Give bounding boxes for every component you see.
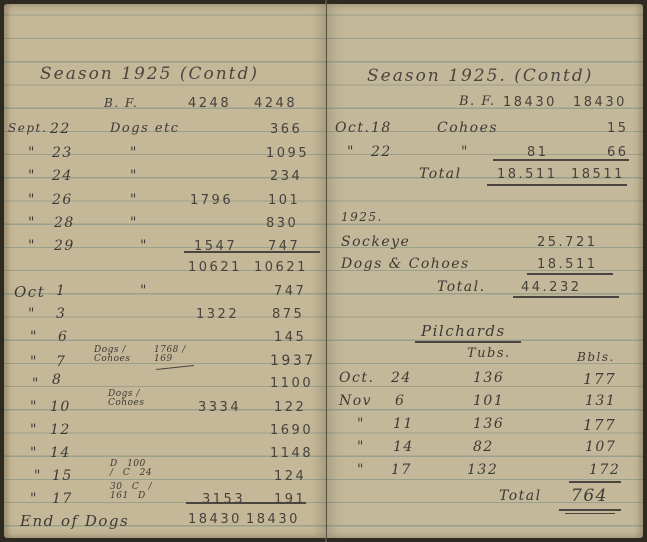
- row-col2: 145: [274, 330, 306, 345]
- row-desc: ": [130, 192, 138, 208]
- pilchards-total-label: Total: [499, 488, 542, 504]
- summary-rule: [527, 273, 613, 275]
- footer-col1: 18430: [188, 512, 242, 527]
- row-month: ": [357, 462, 365, 478]
- row-month: ": [32, 376, 40, 392]
- row-col2: 830: [266, 216, 298, 231]
- bf-col2: 4248: [254, 96, 297, 111]
- row-col2: 66: [607, 145, 629, 160]
- row-month: Oct.: [335, 120, 370, 136]
- row-day: 8: [52, 372, 62, 388]
- row-day: 17: [52, 491, 73, 507]
- summary-total-value: 44.232: [521, 280, 582, 295]
- total-rule: [493, 159, 629, 161]
- row-desc: ": [130, 215, 138, 231]
- total-col2: 18511: [571, 167, 625, 182]
- row-col2: 122: [274, 400, 306, 415]
- end-of-dogs-label: End of Dogs: [20, 512, 129, 530]
- row-col2: 124: [274, 469, 306, 484]
- row-day: 1: [56, 283, 66, 299]
- row-col2: 1690: [270, 423, 313, 438]
- row-month: ": [34, 468, 42, 484]
- row-col2: 747: [274, 284, 306, 299]
- row-day: 12: [50, 422, 71, 438]
- total-underline: [487, 184, 627, 186]
- row-month: ": [30, 491, 38, 507]
- pilchards-total-rule: [569, 481, 621, 483]
- row-desc: Dogs / Cohoes: [94, 346, 144, 364]
- subtotal-rule: [184, 251, 320, 253]
- row-desc: ": [130, 168, 138, 184]
- row-day: 24: [52, 168, 73, 184]
- summary-value-sockeye: 25.721: [537, 235, 598, 250]
- row-col1: 81: [527, 145, 549, 160]
- row-month: ": [357, 439, 365, 455]
- row-col2: 1148: [270, 446, 313, 461]
- subtotal-col2: 10621: [254, 260, 308, 275]
- summary-label-dogs-cohoes: Dogs & Cohoes: [341, 256, 470, 272]
- row-desc: Cohoes: [437, 120, 498, 136]
- row-col2: 191: [274, 492, 306, 507]
- row-day: 29: [54, 238, 75, 254]
- memo-rule: [156, 365, 194, 370]
- row-month: Oct.: [339, 370, 374, 386]
- row-month: ": [30, 422, 38, 438]
- row-tubs: 101: [473, 393, 504, 409]
- row-month: ": [28, 306, 36, 322]
- row-day: 10: [50, 399, 71, 415]
- subtotal-col1: 10621: [188, 260, 242, 275]
- row-month: ": [28, 238, 36, 254]
- bf-label: B. F.: [104, 96, 138, 110]
- pilchards-total-underline: [559, 509, 621, 511]
- row-day: 26: [52, 192, 73, 208]
- row-day: 15: [52, 468, 73, 484]
- row-bbls: 172: [589, 462, 620, 478]
- row-month: ": [28, 215, 36, 231]
- right-page: Season 1925. (Contd) B. F. 18430 18430 O…: [327, 4, 643, 538]
- row-col1: 3334: [198, 400, 241, 415]
- ledger-notebook: Season 1925 (Contd) B. F. 4248 4248 Sept…: [0, 0, 647, 542]
- footer-col2: 18430: [246, 512, 300, 527]
- left-page-title: Season 1925 (Contd): [40, 64, 259, 84]
- row-day: 23: [52, 145, 73, 161]
- row-col2: 1095: [266, 146, 309, 161]
- row-col2: 366: [270, 122, 302, 137]
- row-day: 18: [371, 120, 392, 136]
- row-month: ": [347, 144, 355, 160]
- summary-year: 1925.: [341, 210, 383, 224]
- row-month: ": [30, 354, 38, 370]
- row-bbls: 107: [585, 439, 616, 455]
- row-month: Oct: [14, 283, 45, 301]
- row-col2: 875: [272, 307, 304, 322]
- summary-total-label: Total.: [437, 279, 486, 295]
- row-month: ": [357, 416, 365, 432]
- summary-value-dogs-cohoes: 18.511: [537, 257, 598, 272]
- row-tubs: 136: [473, 370, 504, 386]
- row-month: ": [28, 168, 36, 184]
- summary-label-sockeye: Sockeye: [341, 234, 410, 250]
- row-bbls: 131: [585, 393, 616, 409]
- row-tubs: 132: [467, 462, 498, 478]
- row-day: 17: [391, 462, 412, 478]
- row-month: Sept.: [8, 121, 47, 135]
- row-desc: D 100 / C 24: [110, 460, 154, 478]
- row-col2: 1100: [270, 376, 313, 391]
- row-desc: ": [461, 144, 469, 160]
- row-tubs: 136: [473, 416, 504, 432]
- row-col1: 1796: [190, 193, 233, 208]
- total-col1: 18.511: [497, 167, 558, 182]
- row-month: ": [30, 445, 38, 461]
- row-day: 3: [56, 306, 66, 322]
- left-page: Season 1925 (Contd) B. F. 4248 4248 Sept…: [4, 4, 326, 538]
- row-col1: 1768 / 169: [154, 346, 188, 364]
- row-col2: 1937: [270, 353, 316, 369]
- pilchards-heading: Pilchards: [421, 322, 506, 340]
- row-col2: 234: [270, 169, 302, 184]
- row-month: ": [30, 329, 38, 345]
- row-day: 22: [50, 121, 71, 137]
- col-header-tubs: Tubs.: [467, 346, 511, 361]
- row-month: ": [30, 399, 38, 415]
- pilchards-total-double-underline: [565, 513, 615, 514]
- row-desc: Dogs etc: [110, 121, 180, 136]
- bf-col1: 18430: [503, 95, 557, 110]
- row-bbls: 177: [583, 370, 616, 388]
- pilchards-underline: [415, 341, 521, 343]
- row-month: ": [28, 145, 36, 161]
- row-day: 6: [395, 393, 405, 409]
- row-day: 14: [393, 439, 414, 455]
- row-col2: 101: [268, 193, 300, 208]
- right-page-title: Season 1925. (Contd): [367, 66, 593, 86]
- row-day: 11: [393, 416, 414, 432]
- pilchards-total-value: 764: [571, 486, 608, 506]
- row-bbls: 177: [583, 416, 616, 434]
- row-day: 24: [391, 370, 412, 386]
- row-day: 14: [50, 445, 71, 461]
- row-desc: Dogs / Cohoes: [108, 390, 158, 408]
- row-month: Nov: [339, 393, 372, 409]
- row-month: ": [28, 192, 36, 208]
- total-label: Total: [419, 166, 462, 182]
- row-desc: ": [130, 145, 138, 161]
- row-day: 22: [371, 144, 392, 160]
- row-col2: 15: [607, 121, 629, 136]
- col-header-bbls: Bbls.: [577, 350, 615, 364]
- total-rule: [186, 502, 306, 504]
- bf-col2: 18430: [573, 95, 627, 110]
- bf-col1: 4248: [188, 96, 231, 111]
- row-col1: 1322: [196, 307, 239, 322]
- summary-underline: [513, 296, 619, 298]
- row-desc: ": [140, 283, 148, 299]
- row-day: 6: [58, 329, 68, 345]
- row-day: 7: [56, 354, 66, 370]
- row-tubs: 82: [473, 439, 494, 455]
- row-desc: 30 C / 161 D: [110, 483, 154, 501]
- row-desc: ": [140, 238, 148, 254]
- row-col1: 3153: [202, 492, 245, 507]
- bf-label: B. F.: [459, 94, 495, 109]
- row-day: 28: [54, 215, 75, 231]
